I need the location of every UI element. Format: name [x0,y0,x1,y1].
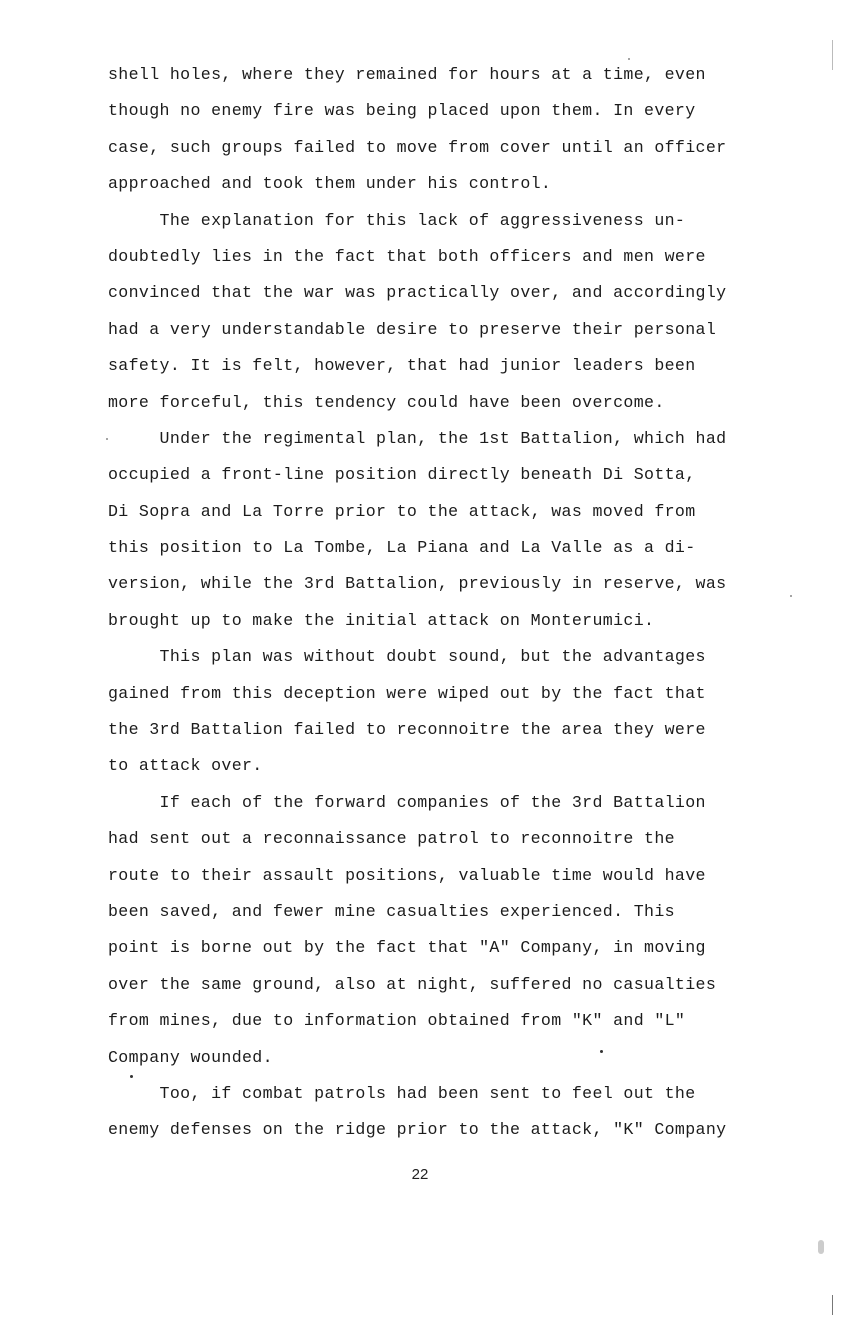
text-line: If each of the forward companies of the … [108,790,788,826]
text-line: Too, if combat patrols had been sent to … [108,1081,788,1117]
text-line: doubtedly lies in the fact that both off… [108,244,788,280]
page-number: 22 [0,1166,840,1183]
text-line: from mines, due to information obtained … [108,1008,788,1044]
text-line: safety. It is felt, however, that had ju… [108,353,788,389]
text-line: occupied a front-line position directly … [108,462,788,498]
text-line: the 3rd Battalion failed to reconnoitre … [108,717,788,753]
text-line: case, such groups failed to move from co… [108,135,788,171]
text-line: enemy defenses on the ridge prior to the… [108,1117,788,1153]
text-line: had a very understandable desire to pres… [108,317,788,353]
scan-edge-mark [832,40,833,70]
text-line: been saved, and fewer mine casualties ex… [108,899,788,935]
text-line: approached and took them under his contr… [108,171,788,207]
text-line: this position to La Tombe, La Piana and … [108,535,788,571]
body-text: shell holes, where they remained for hou… [108,62,788,1154]
scan-speck [130,1075,133,1078]
scan-edge-mark [832,1295,833,1315]
scan-speck [790,595,792,597]
scan-speck [628,58,630,60]
text-line: convinced that the war was practically o… [108,280,788,316]
text-line: brought up to make the initial attack on… [108,608,788,644]
text-line: Di Sopra and La Torre prior to the attac… [108,499,788,535]
text-line: though no enemy fire was being placed up… [108,98,788,134]
text-line: over the same ground, also at night, suf… [108,972,788,1008]
scan-speck [600,1050,603,1053]
document-page: shell holes, where they remained for hou… [0,0,850,1318]
text-line: This plan was without doubt sound, but t… [108,644,788,680]
scan-speck [106,438,108,440]
text-line: gained from this deception were wiped ou… [108,681,788,717]
scan-speck [818,1240,824,1254]
text-line: point is borne out by the fact that "A" … [108,935,788,971]
text-line: had sent out a reconnaissance patrol to … [108,826,788,862]
text-line: route to their assault positions, valuab… [108,863,788,899]
text-line: The explanation for this lack of aggress… [108,208,788,244]
text-line: Company wounded. [108,1045,788,1081]
text-line: Under the regimental plan, the 1st Batta… [108,426,788,462]
text-line: more forceful, this tendency could have … [108,390,788,426]
text-line: version, while the 3rd Battalion, previo… [108,571,788,607]
text-line: to attack over. [108,753,788,789]
text-line: shell holes, where they remained for hou… [108,62,788,98]
